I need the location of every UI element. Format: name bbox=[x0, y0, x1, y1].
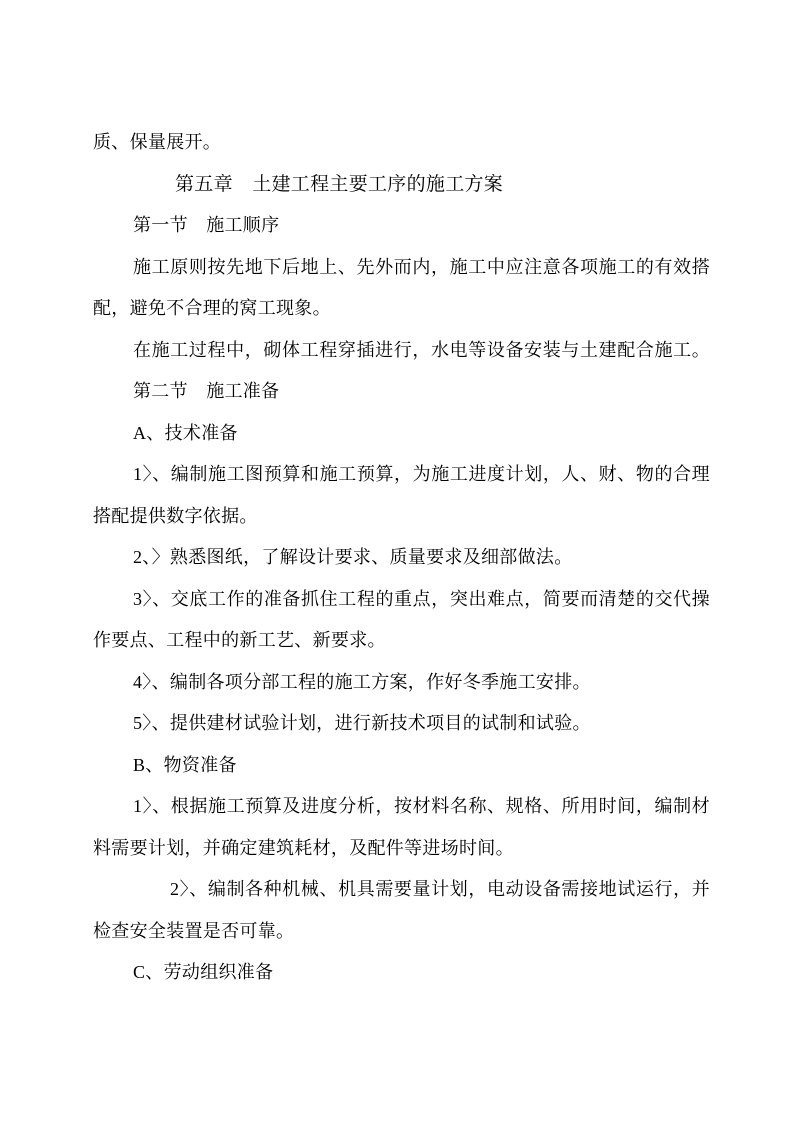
list-item: 4〉、编制各项分部工程的施工方案，作好冬季施工安排。 bbox=[93, 662, 710, 704]
body-line: 作要点、工程中的新工艺、新要求。 bbox=[93, 620, 710, 662]
section-heading: 第二节 施工准备 bbox=[93, 371, 710, 413]
section-heading: 第一节 施工顺序 bbox=[93, 205, 710, 247]
list-item: 2〉、编制各种机械、机具需要量计划，电动设备需接地试运行，并 bbox=[93, 869, 710, 911]
body-line: 料需要计划，并确定建筑耗材，及配件等进场时间。 bbox=[93, 828, 710, 870]
body-line: 搭配提供数字依据。 bbox=[93, 496, 710, 538]
list-heading: A、技术准备 bbox=[93, 413, 710, 455]
list-heading: C、劳动组织准备 bbox=[93, 952, 710, 994]
list-item: 1〉、根据施工预算及进度分析，按材料名称、规格、所用时间，编制材 bbox=[93, 786, 710, 828]
body-line: 检查安全装置是否可靠。 bbox=[93, 911, 710, 953]
chapter-heading: 第五章 土建工程主要工序的施工方案 bbox=[93, 164, 710, 206]
list-item: 1〉、编制施工图预算和施工预算，为施工进度计划，人、财、物的合理 bbox=[93, 454, 710, 496]
body-line: 在施工过程中，砌体工程穿插进行，水电等设备安装与土建配合施工。 bbox=[93, 330, 710, 372]
list-heading: B、物资准备 bbox=[93, 745, 710, 787]
list-item: 2、〉熟悉图纸，了解设计要求、质量要求及细部做法。 bbox=[93, 537, 710, 579]
list-item: 3〉、交底工作的准备抓住工程的重点，突出难点，简要而清楚的交代操 bbox=[93, 579, 710, 621]
body-line: 施工原则按先地下后地上、先外而内，施工中应注意各项施工的有效搭 bbox=[93, 247, 710, 289]
document-body: 质、保量展开。第五章 土建工程主要工序的施工方案第一节 施工顺序施工原则按先地下… bbox=[93, 122, 710, 994]
body-line: 质、保量展开。 bbox=[93, 122, 710, 164]
body-line: 配，避免不合理的窝工现象。 bbox=[93, 288, 710, 330]
document-page: 质、保量展开。第五章 土建工程主要工序的施工方案第一节 施工顺序施工原则按先地下… bbox=[0, 0, 793, 1122]
list-item: 5〉、提供建材试验计划，进行新技术项目的试制和试验。 bbox=[93, 703, 710, 745]
